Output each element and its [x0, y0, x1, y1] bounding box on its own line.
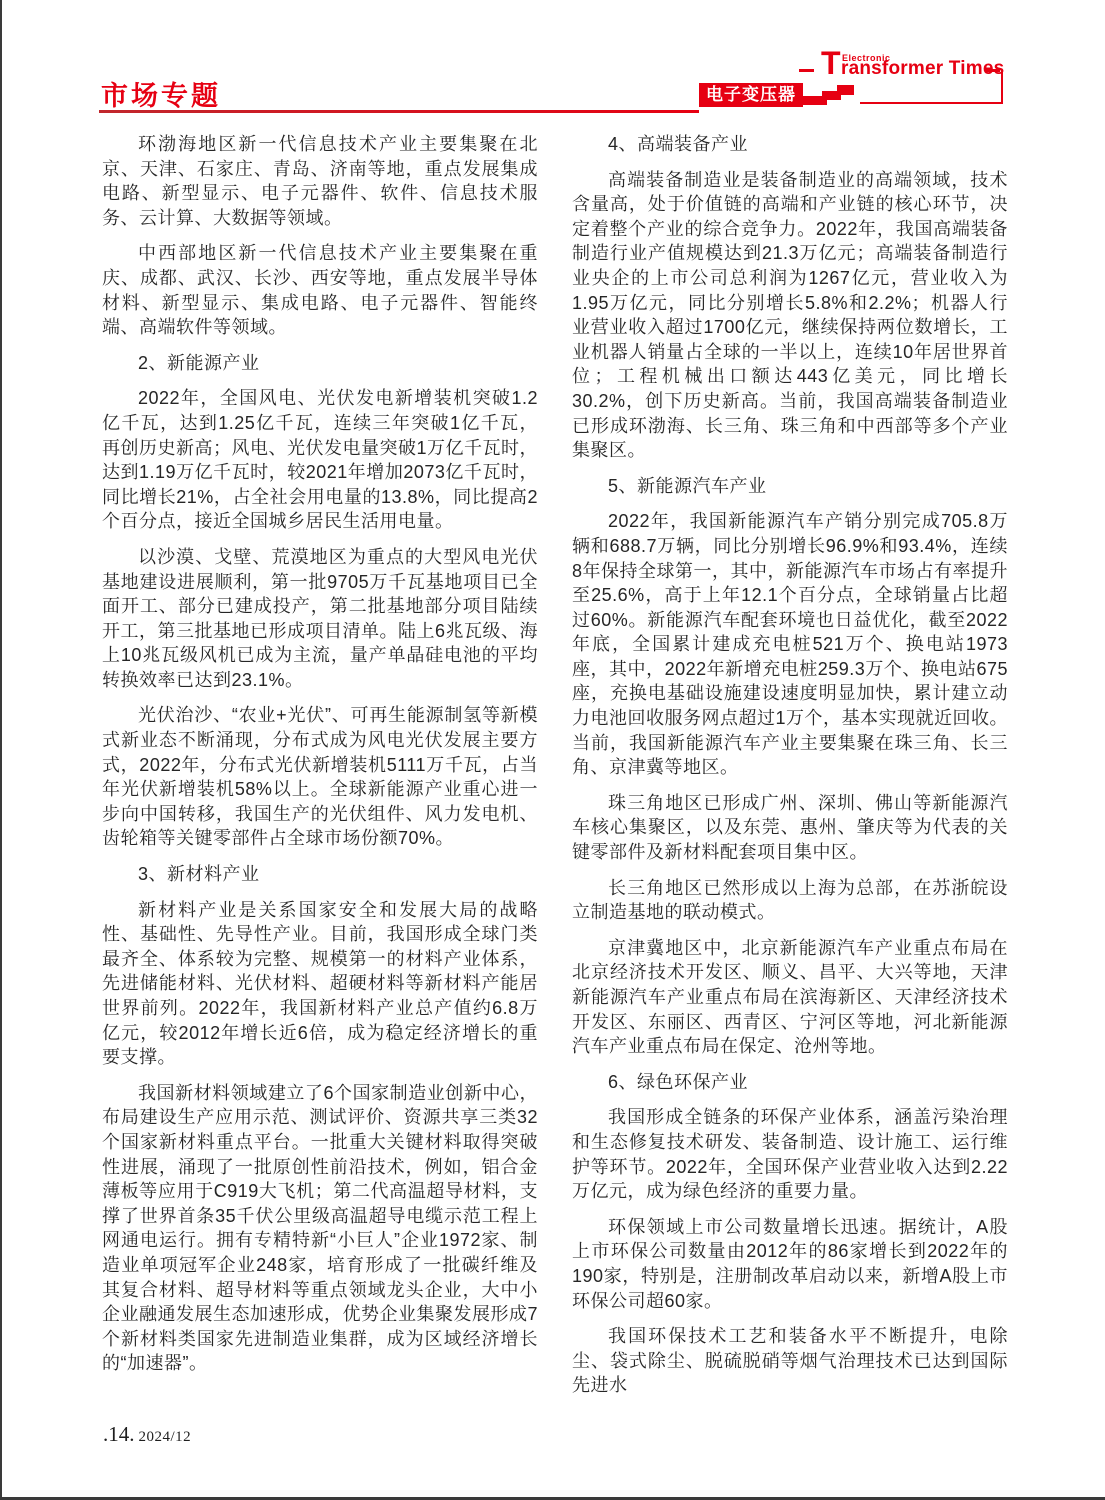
logo-title-text: ransformer Times	[841, 58, 1004, 80]
paragraph: 以沙漠、戈壁、荒漠地区为重点的大型风电光伏基地建设进展顺利，第一批9705万千瓦…	[102, 545, 538, 693]
logo-dash-left	[799, 69, 814, 72]
section-heading: 6、绿色环保产业	[572, 1070, 1008, 1095]
left-column: 环渤海地区新一代信息技术产业主要集聚在北京、天津、石家庄、青岛、济南等地，重点发…	[102, 132, 538, 1387]
section-heading: 2、新能源产业	[102, 351, 538, 376]
paragraph: 珠三角地区已形成广州、深圳、佛山等新能源汽车核心集聚区，以及东莞、惠州、肇庆等为…	[572, 791, 1008, 865]
magazine-page: 市场专题 电子变压器 T Electronic ransformer Times…	[0, 0, 1105, 1500]
logo-dash-right	[985, 69, 1000, 72]
section-heading: 5、新能源汽车产业	[572, 474, 1008, 499]
paragraph: 长三角地区已然形成以上海为总部，在苏浙皖设立制造基地的联动模式。	[572, 876, 1008, 925]
paragraph: 中西部地区新一代信息技术产业主要集聚在重庆、成都、武汉、长沙、西安等地，重点发展…	[102, 241, 538, 339]
section-heading: 3、新材料产业	[102, 862, 538, 887]
paragraph: 高端装备制造业是装备制造业的高端领域，技术含量高，处于价值链的高端和产业链的核心…	[572, 168, 1008, 463]
issue-date: 2024/12	[139, 1429, 192, 1446]
paragraph: 新材料产业是关系国家安全和发展大局的战略性、基础性、先导性产业。目前，我国形成全…	[102, 898, 538, 1070]
journal-name-badge: 电子变压器	[699, 83, 803, 107]
paragraph: 京津冀地区中，北京新能源汽车产业重点布局在北京经济技术开发区、顺义、昌平、大兴等…	[572, 936, 1008, 1059]
section-title-underline	[99, 110, 699, 113]
section-title: 市场专题	[101, 74, 221, 113]
logo-initial: T	[821, 47, 841, 79]
paragraph: 我国形成全链条的环保产业体系，涵盖污染治理和生态修复技术研发、装备制造、设计施工…	[572, 1105, 1008, 1203]
paragraph: 2022年，全国风电、光伏发电新增装机突破1.2亿千瓦，达到1.25亿千瓦，连续…	[102, 386, 538, 534]
paragraph: 2022年，我国新能源汽车产销分别完成705.8万辆和688.7万辆，同比分别增…	[572, 509, 1008, 780]
paragraph: 环渤海地区新一代信息技术产业主要集聚在北京、天津、石家庄、青岛、济南等地，重点发…	[102, 132, 538, 230]
paragraph: 我国环保技术工艺和装备水平不断提升，电除尘、袋式除尘、脱硫脱硝等烟气治理技术已达…	[572, 1324, 1008, 1398]
right-column: 4、高端装备产业高端装备制造业是装备制造业的高端领域，技术含量高，处于价值链的高…	[572, 132, 1008, 1409]
paragraph: 环保领域上市公司数量增长迅速。据统计，A股上市环保公司数量由2012年的86家增…	[572, 1215, 1008, 1313]
section-heading: 4、高端装备产业	[572, 132, 1008, 157]
paragraph: 光伏治沙、“农业+光伏”、可再生能源制氢等新模式新业态不断涌现，分布式成为风电光…	[102, 703, 538, 851]
paragraph: 我国新材料领域建立了6个国家制造业创新中心，布局建设生产应用示范、测试评价、资源…	[102, 1081, 538, 1376]
page-number: .14.	[103, 1422, 135, 1447]
page-footer: .14. 2024/12	[103, 1422, 191, 1447]
stair-decoration	[837, 85, 854, 95]
